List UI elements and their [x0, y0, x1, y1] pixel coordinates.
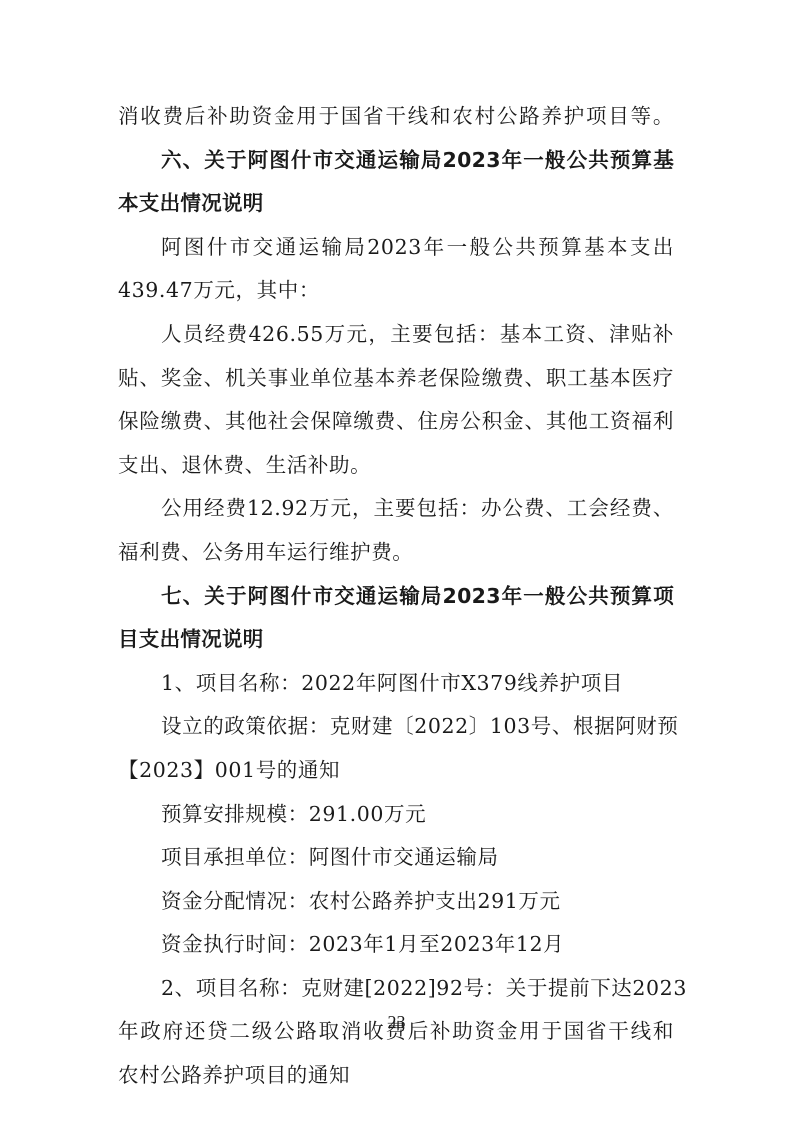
project1-name: 1、项目名称：2022年阿图什市X379线养护项目	[118, 662, 674, 706]
personnel-expense-line3: 保险缴费、其他社会保障缴费、住房公积金、其他工资福利	[118, 400, 674, 444]
section-seven-heading-line2: 目支出情况说明	[118, 618, 674, 662]
project1-responsible-unit: 项目承担单位：阿图什市交通运输局	[118, 836, 674, 880]
project1-execution-period: 资金执行时间：2023年1月至2023年12月	[118, 923, 674, 967]
page-number: 23	[0, 1012, 793, 1033]
section-seven-heading-line1: 七、关于阿图什市交通运输局2023年一般公共预算项	[118, 575, 674, 619]
project1-policy-basis-line2: 【2023】001号的通知	[118, 749, 674, 793]
project2-name-line1: 2、项目名称：克财建[2022]92号：关于提前下达2023	[118, 967, 674, 1011]
section-six-heading-line1: 六、关于阿图什市交通运输局2023年一般公共预算基	[118, 139, 674, 183]
personnel-expense-line1: 人员经费426.55万元，主要包括：基本工资、津贴补	[118, 313, 674, 357]
public-expense-line1: 公用经费12.92万元，主要包括：办公费、工会经费、	[118, 487, 674, 531]
section-six-heading-line2: 本支出情况说明	[118, 182, 674, 226]
public-expense-line2: 福利费、公务用车运行维护费。	[118, 531, 674, 575]
document-page: 消收费后补助资金用于国省干线和农村公路养护项目等。 六、关于阿图什市交通运输局2…	[118, 95, 674, 1098]
personnel-expense-line2: 贴、奖金、机关事业单位基本养老保险缴费、职工基本医疗	[118, 357, 674, 401]
project1-policy-basis-line1: 设立的政策依据：克财建〔2022〕103号、根据阿财预	[118, 705, 674, 749]
project1-fund-allocation: 资金分配情况：农村公路养护支出291万元	[118, 880, 674, 924]
basic-expenditure-summary-line1: 阿图什市交通运输局2023年一般公共预算基本支出	[118, 226, 674, 270]
personnel-expense-line4: 支出、退休费、生活补助。	[118, 444, 674, 488]
continuation-paragraph-line: 消收费后补助资金用于国省干线和农村公路养护项目等。	[118, 95, 674, 139]
project1-budget-scale: 预算安排规模：291.00万元	[118, 793, 674, 837]
project2-name-line3: 农村公路养护项目的通知	[118, 1054, 674, 1098]
basic-expenditure-summary-line2: 439.47万元，其中：	[118, 269, 674, 313]
